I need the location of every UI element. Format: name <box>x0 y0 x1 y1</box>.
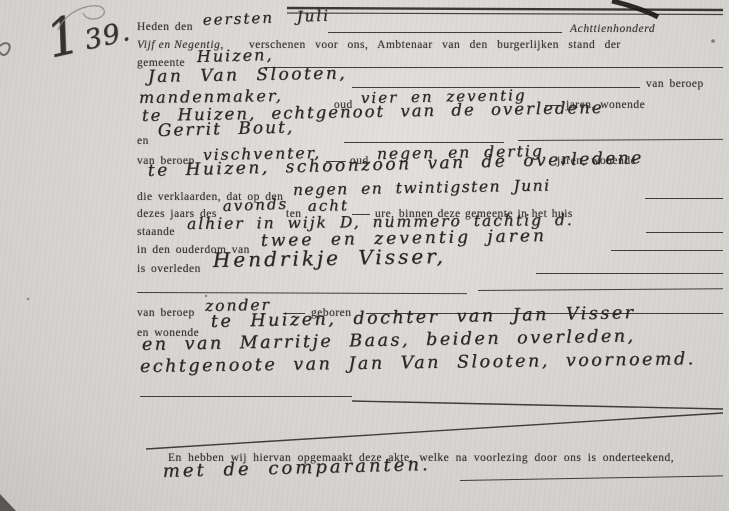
death-date: negen en twintigsten Juni <box>293 178 551 199</box>
handwritten-municipality: Huizen, <box>197 47 274 66</box>
left-edge-mark <box>0 43 10 55</box>
printed-year-achttienhonderd: Achttienhonderd <box>570 23 655 35</box>
filler-rule <box>646 232 723 233</box>
filler-dash <box>645 198 723 199</box>
declarant1-name: Jan Van Slooten, <box>148 66 348 87</box>
printed-staande: staande <box>137 226 175 238</box>
deceased-name: Hendrikje Visser, <box>213 246 446 271</box>
printed-is-overleden: is overleden <box>137 263 201 275</box>
closing-handwritten: met de comparanten. <box>163 456 431 482</box>
printed-van-beroep-3: van beroep <box>137 307 195 319</box>
printed-van-beroep-1: van beroep <box>646 78 704 90</box>
printed-en: en <box>137 135 149 147</box>
death-record-scan: 139. Heden den eersten Juli Achttienhond… <box>0 0 729 511</box>
filler-rule <box>518 139 723 141</box>
death-hour: acht <box>308 198 349 214</box>
printed-heden-den: Heden den <box>137 21 193 33</box>
filler-rule <box>140 396 352 397</box>
filler-rule <box>536 273 723 274</box>
handwritten-deed-date: eersten Juli <box>202 9 330 29</box>
void-strike-top <box>352 401 723 409</box>
filler-rule <box>328 32 562 33</box>
death-daypart: avonds <box>222 197 288 215</box>
corner-smudge <box>0 494 16 511</box>
printed-verschenen-voor-ons: verschenen voor ons, Ambtenaar van den b… <box>249 39 621 51</box>
filler-rule <box>137 292 467 294</box>
declarant2-name: Gerrit Bout, <box>158 119 295 140</box>
deceased-spouse-line: echtgenoote van Jan Van Slooten, voornoe… <box>140 350 696 376</box>
act-number: 139. <box>40 0 134 71</box>
filler-rule <box>460 475 723 481</box>
filler-rule <box>611 250 723 251</box>
void-strike-bottom <box>146 413 723 449</box>
pen-stroke-top-right <box>612 1 658 17</box>
filler-rule <box>478 288 723 291</box>
